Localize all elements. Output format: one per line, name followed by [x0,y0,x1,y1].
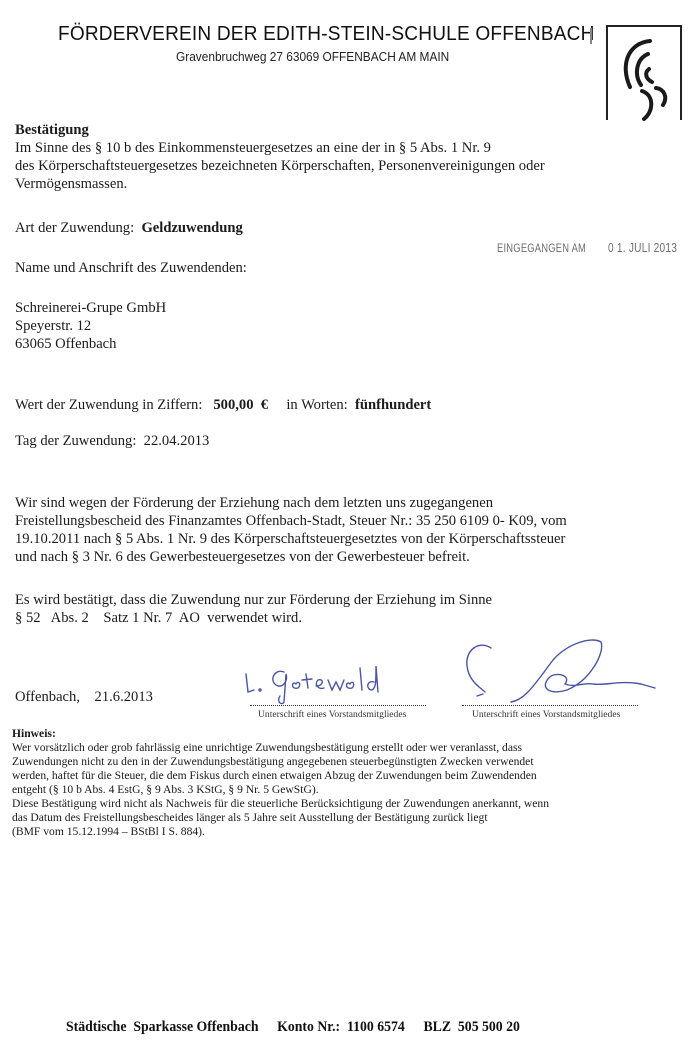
bank-name: Städtische Sparkasse Offenbach [66,1019,258,1035]
donation-type-value: Geldzuwendung [141,220,242,236]
account-number: Konto Nr.: 1100 6574 [277,1019,405,1035]
intro-line: des Körperschaftsteuergesetzes bezeichne… [15,157,545,175]
received-stamp: EINGEGANGEN AM0 1. JULI 2013 [497,240,677,255]
amount-value: 500,00 € [213,397,268,413]
donation-date-label: Tag der Zuwendung: [15,433,136,449]
amount-words-value: fünfhundert [355,397,431,413]
notice-heading: Hinweis: [12,727,56,741]
donor-name: Schreinerei-Grupe GmbH [15,299,166,317]
header-divider [590,28,592,44]
donor-street: Speyerstr. 12 [15,317,91,335]
bank-code: BLZ 505 500 20 [423,1019,519,1035]
usage-line: § 52 Abs. 2 Satz 1 Nr. 7 AO verwendet wi… [15,609,302,627]
donation-date-value: 22.04.2013 [144,433,210,449]
intro-line: Im Sinne des § 10 b des Einkommensteuerg… [15,139,491,157]
donation-type-label: Art der Zuwendung: [15,220,134,236]
notice-line: Wer vorsätzlich oder grob fahrlässig ein… [12,741,522,755]
notice-line: das Datum des Freistellungsbescheides lä… [12,811,488,825]
signature-1-icon [240,652,430,712]
signature-2-line [462,705,638,706]
organization-address: Gravenbruchweg 27 63069 OFFENBACH AM MAI… [176,50,449,64]
exemption-line: Freistellungsbescheid des Finanzamtes Of… [15,512,567,530]
amount-row: Wert der Zuwendung in Ziffern: 500,00 € … [15,396,431,414]
donation-date-row: Tag der Zuwendung: 22.04.2013 [15,432,209,450]
place-and-date: Offenbach, 21.6.2013 [15,688,153,706]
intro-line: Vermögensmassen. [15,175,127,193]
notice-line: Diese Bestätigung wird nicht als Nachwei… [12,797,549,811]
donor-label: Name und Anschrift des Zuwendenden: [15,259,247,277]
exemption-line: 19.10.2011 nach § 5 Abs. 1 Nr. 9 des Kör… [15,530,565,548]
amount-words-label: in Worten: [286,397,347,413]
notice-line: Zuwendungen nicht zu den in der Zuwendun… [12,755,534,769]
stamp-date: 0 1. JULI 2013 [608,240,677,255]
exemption-line: und nach § 3 Nr. 6 des Gewerbesteuergese… [15,548,470,566]
notice-line: (BMF vom 15.12.1994 – BStBl I S. 884). [12,825,205,839]
amount-label: Wert der Zuwendung in Ziffern: [15,397,202,413]
signature-2-icon [455,636,685,713]
confirmation-heading: Bestätigung [15,121,89,139]
organization-name: FÖRDERVEREIN DER EDITH-STEIN-SCHULE OFFE… [58,22,595,46]
signature-1-line [250,705,426,706]
stamp-label: EINGEGANGEN AM [497,241,586,255]
ess-logo-icon [606,25,682,120]
signature-1-label: Unterschrift eines Vorstandsmitgliedes [258,709,406,720]
notice-line: werden, haftet für die Steuer, die dem F… [12,769,537,783]
donation-type-row: Art der Zuwendung: Geldzuwendung [15,219,243,237]
donor-city: 63065 Offenbach [15,335,116,353]
signature-2-label: Unterschrift eines Vorstandsmitgliedes [472,709,620,720]
bank-details: Städtische Sparkasse Offenbach Konto Nr.… [66,1019,535,1036]
exemption-line: Wir sind wegen der Förderung der Erziehu… [15,494,493,512]
usage-line: Es wird bestätigt, dass die Zuwendung nu… [15,591,492,609]
notice-line: entgeht (§ 10 b Abs. 4 EstG, § 9 Abs. 3 … [12,783,319,797]
